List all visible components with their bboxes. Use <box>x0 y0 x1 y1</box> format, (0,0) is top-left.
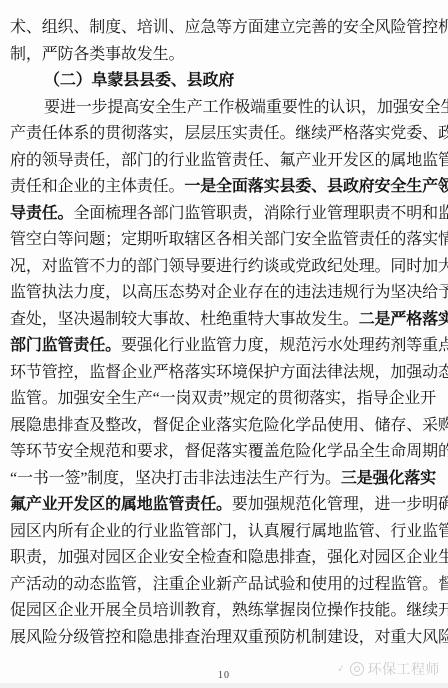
text-line: 责任和企业的主体责任。一是全面落实县委、县政府安全生产领 <box>10 174 438 201</box>
text-run: 府的领导责任，部门的行业监管责任、氟产业开发区的属地监管 <box>10 152 448 169</box>
text-line: 产责任体系的贯彻落实，层层压实责任。继续严格落实党委、政 <box>10 121 438 148</box>
text-line: 监管执法力度，以高压态势对企业存在的违法违规行为坚决给予 <box>10 280 438 307</box>
text-line: 展隐患排查及整改，督促企业落实危险化学品使用、储存、采购 <box>10 413 438 440</box>
text-line: 管空白等问题；定期听取辖区各相关部门安全监管责任的落实情 <box>10 227 438 254</box>
text-run: “一书一签”制度，坚决打击非法违法生产行为。 <box>10 470 341 487</box>
text-run: 等环节安全规范和要求，督促落实覆盖危险化学品全生命周期的 <box>10 443 448 460</box>
text-line: 等环节安全规范和要求，督促落实覆盖危险化学品全生命周期的 <box>10 439 438 466</box>
text-line: 导责任。全面梳理各部门监管职责，消除行业管理职责不明和监 <box>10 201 438 228</box>
text-run: 要加强规范化管理，进一步明确 <box>232 496 448 513</box>
bold-text-run: （二）阜蒙县县委、县政府 <box>44 72 234 89</box>
text-run: 产责任体系的贯彻落实，层层压实责任。继续严格落实党委、政 <box>10 125 448 142</box>
text-run: 监管。加强安全生产“一岗双责”规定的贯彻落实，指导企业开 <box>10 390 436 407</box>
text-run: 展隐患排查及整改，督促企业落实危险化学品使用、储存、采购 <box>10 417 448 434</box>
bold-text-run: 一是全面落实县委、县政府安全生产领 <box>184 178 448 195</box>
text-line: 氟产业开发区的属地监管责任。要加强规范化管理，进一步明确 <box>10 492 438 519</box>
document-page: 术、组织、制度、培训、应急等方面建立完善的安全风险管控机制，严防各类事故发生。（… <box>0 0 448 688</box>
text-run: 全面梳理各部门监管职责，消除行业管理职责不明和监 <box>73 205 448 222</box>
text-run: 监管执法力度，以高压态势对企业存在的违法违规行为坚决给予 <box>10 284 448 301</box>
text-run: 术、组织、制度、培训、应急等方面建立完善的安全风险管控机 <box>10 19 448 36</box>
text-line: 部门监管责任。要强化行业监管力度，规范污水处理药剂等重点 <box>10 333 438 360</box>
text-line: （二）阜蒙县县委、县政府 <box>10 68 438 95</box>
text-line: 职责，加强对园区企业安全检查和隐患排查，强化对园区企业生 <box>10 545 438 572</box>
body-text: 术、组织、制度、培训、应急等方面建立完善的安全风险管控机制，严防各类事故发生。（… <box>10 15 438 651</box>
text-line: 促园区企业开展全员培训教育，熟练掌握岗位操作技能。继续开 <box>10 598 438 625</box>
scan-edge-bar <box>0 683 448 688</box>
text-run: 职责，加强对园区企业安全检查和隐患排查，强化对园区企业生 <box>10 549 448 566</box>
text-line: 产活动的动态监管，注重企业新产品试验和使用的过程监管。督 <box>10 572 438 599</box>
bold-text-run: 三是强化落实 <box>341 470 436 487</box>
text-run: 制，严防各类事故发生。 <box>10 46 184 63</box>
text-line: 监管。加强安全生产“一岗双责”规定的贯彻落实，指导企业开 <box>10 386 438 413</box>
eco-logo-icon <box>350 662 364 676</box>
text-run: 环节管控，监督企业严格落实环境保护方面法律法规，加强动态 <box>10 364 448 381</box>
text-run: 况，对监管不力的部门领导要进行约谈或党政纪处理。同时加大 <box>10 258 448 275</box>
watermark: ✓ 环保工程师 <box>337 659 440 679</box>
text-line: 府的领导责任，部门的行业监管责任、氟产业开发区的属地监管 <box>10 148 438 175</box>
text-run: 管空白等问题；定期听取辖区各相关部门安全监管责任的落实情 <box>10 231 448 248</box>
text-run: 要进一步提高安全生产工作极端重要性的认识，加强安全生 <box>44 99 448 116</box>
text-run: 展风险分级管控和隐患排查治理双重预防机制建设，对重大风险 <box>10 629 448 646</box>
text-line: 园区内所有企业的行业监管部门，认真履行属地监管、行业监管 <box>10 519 438 546</box>
text-line: 要进一步提高安全生产工作极端重要性的认识，加强安全生 <box>10 95 438 122</box>
text-line: 术、组织、制度、培训、应急等方面建立完善的安全风险管控机 <box>10 15 438 42</box>
text-line: “一书一签”制度，坚决打击非法违法生产行为。三是强化落实 <box>10 466 438 493</box>
watermark-label: 环保工程师 <box>368 659 441 679</box>
text-line: 环节管控，监督企业严格落实环境保护方面法律法规，加强动态 <box>10 360 438 387</box>
text-line: 查处，坚决遏制较大事故、杜绝重特大事故发生。二是严格落实 <box>10 307 438 334</box>
text-run: 促园区企业开展全员培训教育，熟练掌握岗位操作技能。继续开 <box>10 602 448 619</box>
text-run: 园区内所有企业的行业监管部门，认真履行属地监管、行业监管 <box>10 523 448 540</box>
text-run: 产活动的动态监管，注重企业新产品试验和使用的过程监管。督 <box>10 576 448 593</box>
bold-text-run: 氟产业开发区的属地监管责任。 <box>10 496 232 513</box>
bold-text-run: 二是严格落实 <box>359 311 448 328</box>
text-line: 展风险分级管控和隐患排查治理双重预防机制建设，对重大风险 <box>10 625 438 652</box>
bold-text-run: 导责任。 <box>10 205 73 222</box>
text-run: 责任和企业的主体责任。 <box>10 178 184 195</box>
text-line: 况，对监管不力的部门领导要进行约谈或党政纪处理。同时加大 <box>10 254 438 281</box>
watermark-tick-icon: ✓ <box>336 663 346 675</box>
bold-text-run: 部门监管责任。 <box>10 337 121 354</box>
text-run: 要强化行业监管力度，规范污水处理药剂等重点 <box>121 337 448 354</box>
text-line: 制，严防各类事故发生。 <box>10 42 438 69</box>
text-run: 查处，坚决遏制较大事故、杜绝重特大事故发生。 <box>10 311 359 328</box>
